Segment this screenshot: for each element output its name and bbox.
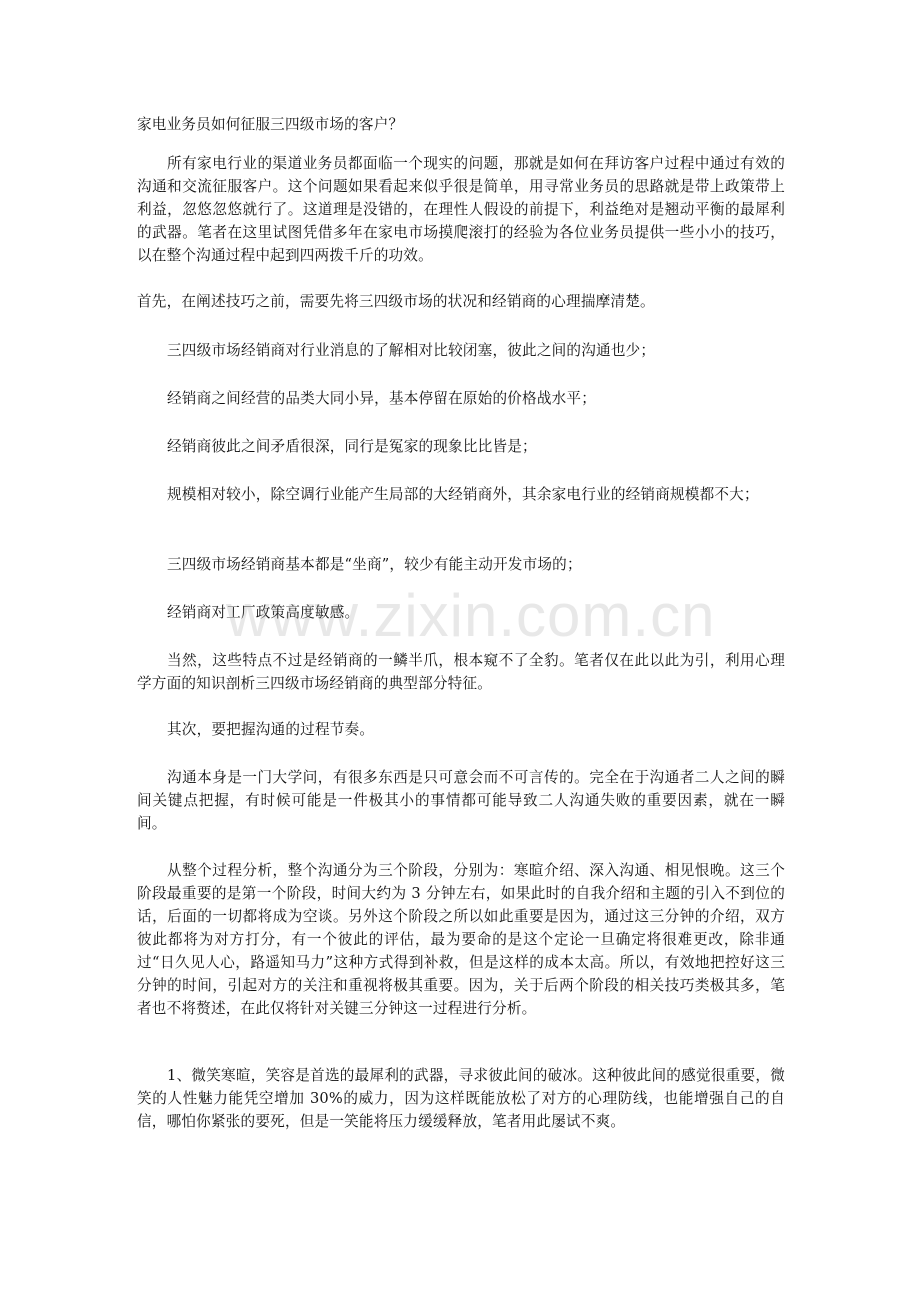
- paragraph-communication: 沟通本身是一门大学问，有很多东西是只可意会而不可言传的。完全在于沟通者二人之间的…: [137, 766, 785, 835]
- document-title: 家电业务员如何征服三四级市场的客户？: [137, 113, 785, 136]
- paragraph-first-point: 首先，在阐述技巧之前，需要先将三四级市场的状况和经销商的心理揣摩清楚。: [137, 290, 785, 313]
- list-item-conflicts: 经销商彼此之间矛盾很深，同行是冤家的现象比比皆是；: [137, 435, 785, 458]
- list-item-market-info: 三四级市场经销商对行业消息的了解相对比较闭塞，彼此之间的沟通也少；: [137, 339, 785, 362]
- paragraph-three-stages: 从整个过程分析，整个沟通分为三个阶段，分别为：寒暄介绍、深入沟通、相见恨晚。这三…: [137, 859, 785, 1020]
- list-item-scale: 规模相对较小，除空调行业能产生局部的大经销商外，其余家电行业的经销商规模都不大；: [137, 483, 785, 506]
- list-item-sitting-merchants: 三四级市场经销商基本都是“坐商”，较少有能主动开发市场的；: [137, 553, 785, 576]
- list-item-policy-sensitive: 经销商对工厂政策高度敏感。: [137, 601, 785, 624]
- paragraph-summary: 当然，这些特点不过是经销商的一鳞半爪，根本窥不了全豹。笔者仅在此以此为引，利用心…: [137, 649, 785, 695]
- paragraph-intro: 所有家电行业的渠道业务员都面临一个现实的问题，那就是如何在拜访客户过程中通过有效…: [137, 152, 785, 267]
- paragraph-second-point: 其次，要把握沟通的过程节奏。: [137, 718, 785, 741]
- paragraph-smile-tip: 1、微笑寒暄，笑容是首选的最犀利的武器，寻求彼此间的破冰。这种彼此间的感觉很重要…: [137, 1064, 785, 1133]
- list-item-categories: 经销商之间经营的品类大同小异，基本停留在原始的价格战水平；: [137, 387, 785, 410]
